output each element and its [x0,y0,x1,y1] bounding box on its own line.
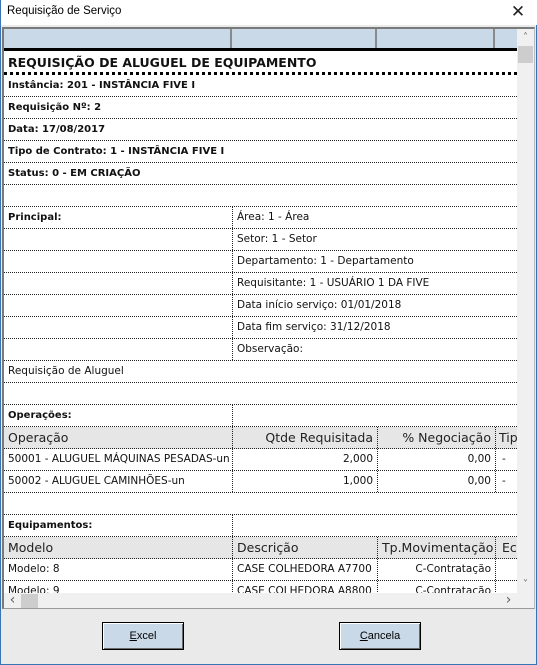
report-title-row: REQUISIÇÃO DE ALUGUEL DE EQUIPAMENTO [4,51,517,75]
field-row: Data: 17/08/2017 [4,119,517,141]
negociacao-cell: 0,00 [378,449,496,470]
modelo-cell: Modelo: 9 [4,581,233,593]
close-icon[interactable]: ✕ [503,0,533,25]
principal-row: Principal: Área: 1 - Área [4,207,517,229]
dialog-window: Requisição de Serviço ✕ REQUISIÇÃO DE AL… [0,0,537,665]
principal-observacao-label: Observação: [233,339,517,360]
principal-row: Observação: [4,339,517,361]
col-tipo[interactable]: Tip [496,427,517,448]
col-descricao[interactable]: Descrição [233,537,378,558]
principal-label: Principal: [4,207,233,228]
report-grid: REQUISIÇÃO DE ALUGUEL DE EQUIPAMENTO Ins… [2,27,535,609]
scroll-right-icon[interactable]: › [500,592,517,609]
principal-departamento: Departamento: 1 - Departamento [233,251,517,272]
field-tipo-contrato: Tipo de Contrato: 1 - INSTÂNCIA FIVE I [4,141,517,162]
principal-row: Requisitante: 1 - USUÁRIO 1 DA FIVE [4,273,517,295]
empty-cell [4,251,233,272]
field-row: Status: 0 - EM CRIAÇÃO [4,163,517,185]
observation-text: Requisição de Aluguel [4,361,517,382]
field-row: Instância: 201 - INSTÂNCIA FIVE I [4,75,517,97]
col-negociacao[interactable]: % Negociação [378,427,496,448]
scroll-left-icon[interactable]: ‹ [4,592,21,609]
principal-setor: Setor: 1 - Setor [233,229,517,250]
field-instancia: Instância: 201 - INSTÂNCIA FIVE I [4,75,517,96]
grid-header-row [4,29,517,48]
blank-row [4,185,517,207]
col-ec[interactable]: Ec [496,537,517,558]
principal-row: Setor: 1 - Setor [4,229,517,251]
cancel-button[interactable]: Cancela [339,622,421,650]
operacoes-section-row: Operações: [4,405,517,427]
principal-row: Data fim serviço: 31/12/2018 [4,317,517,339]
table-row[interactable]: 50002 - ALUGUEL CAMINHÕES-un 1,000 0,00 … [4,471,517,493]
field-data: Data: 17/08/2017 [4,119,517,140]
ec-cell [496,559,517,580]
field-row: Requisição Nº: 2 [4,97,517,119]
modelo-cell: Modelo: 8 [4,559,233,580]
grid-header-cell[interactable] [495,29,517,48]
operacoes-label: Operações: [4,405,233,426]
empty-cell [4,317,233,338]
window-title: Requisição de Serviço [7,5,121,17]
table-row[interactable]: 50001 - ALUGUEL MÁQUINAS PESADAS-un 2,00… [4,449,517,471]
field-requisicao: Requisição Nº: 2 [4,97,517,118]
principal-data-inicio: Data início serviço: 01/01/2018 [233,295,517,316]
operacao-cell: 50002 - ALUGUEL CAMINHÕES-un [4,471,233,492]
excel-button[interactable]: Excel [102,622,184,650]
table-row[interactable]: Modelo: 9 CASE COLHEDORA A8800 C-Contrat… [4,581,517,593]
horizontal-scroll-thumb[interactable] [21,594,38,608]
tp-movimentacao-cell: C-Contratação [378,581,496,593]
tipo-cell: - [496,449,517,470]
field-status: Status: 0 - EM CRIAÇÃO [4,163,517,184]
excel-label: xcel [137,630,157,642]
vertical-scroll-thumb[interactable] [518,46,533,63]
blank-row [4,383,517,405]
principal-row: Departamento: 1 - Departamento [4,251,517,273]
empty-cell [4,339,233,360]
operacoes-column-header: Operação Qtde Requisitada % Negociação T… [4,427,517,449]
grid-header-cell[interactable] [232,29,377,48]
principal-requisitante: Requisitante: 1 - USUÁRIO 1 DA FIVE [233,273,517,294]
report-title: REQUISIÇÃO DE ALUGUEL DE EQUIPAMENTO [4,51,517,72]
grid-header-cell[interactable] [377,29,495,48]
operacao-cell: 50001 - ALUGUEL MÁQUINAS PESADAS-un [4,449,233,470]
equipamentos-label: Equipamentos: [4,515,233,536]
cancela-label: ancela [368,630,400,642]
scroll-up-icon[interactable]: ˄ [517,29,534,46]
principal-data-fim: Data fim serviço: 31/12/2018 [233,317,517,338]
negociacao-cell: 0,00 [378,471,496,492]
empty-cell [4,229,233,250]
descricao-cell: CASE COLHEDORA A7700 [233,559,378,580]
blank-row [4,493,517,515]
scroll-down-icon[interactable]: ˅ [517,576,534,593]
title-bar: Requisição de Serviço ✕ [1,0,537,25]
col-tp-movimentacao[interactable]: Tp.Movimentação [378,537,496,558]
qtde-cell: 1,000 [233,471,378,492]
qtde-cell: 2,000 [233,449,378,470]
principal-area: Área: 1 - Área [233,207,517,228]
empty-cell [4,295,233,316]
tipo-cell: - [496,471,517,492]
col-modelo[interactable]: Modelo [4,537,233,558]
field-row: Tipo de Contrato: 1 - INSTÂNCIA FIVE I [4,141,517,163]
tp-movimentacao-cell: C-Contratação [378,559,496,580]
horizontal-scrollbar[interactable]: ‹ › [4,593,517,609]
equipamentos-section-row: Equipamentos: [4,515,517,537]
principal-row: Data início serviço: 01/01/2018 [4,295,517,317]
observation-row: Requisição de Aluguel [4,361,517,383]
scrollbar-corner [517,593,534,609]
descricao-cell: CASE COLHEDORA A8800 [233,581,378,593]
vertical-scrollbar[interactable]: ˄ ˅ [517,29,534,593]
cancela-accelerator: C [360,630,368,642]
col-qtde-requisitada[interactable]: Qtde Requisitada [233,427,378,448]
report-content: REQUISIÇÃO DE ALUGUEL DE EQUIPAMENTO Ins… [4,29,517,593]
grid-header-cell[interactable] [4,29,232,48]
col-operacao[interactable]: Operação [4,427,233,448]
equipamentos-column-header: Modelo Descrição Tp.Movimentação Ec [4,537,517,559]
table-row[interactable]: Modelo: 8 CASE COLHEDORA A7700 C-Contrat… [4,559,517,581]
excel-accelerator: E [130,630,137,642]
empty-cell [4,273,233,294]
